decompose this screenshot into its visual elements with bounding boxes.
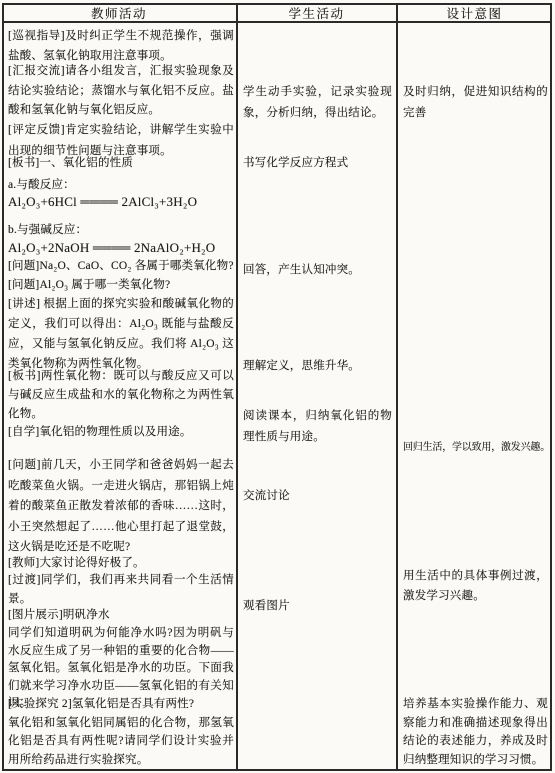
intent-paragraph-life-example: 用生活中的具体事例过渡，激发学习兴趣。 (403, 567, 548, 606)
intent-paragraph-timely-summary: 及时归纳，促进知识结构的完善 (403, 82, 548, 123)
intent-paragraph-cultivate-skills: 培养基本实验操作能力、观察能力和准确描述现象得出结论的表述能力，养成及时归纳整理… (403, 695, 548, 769)
lesson-plan-page: 教师活动 学生活动 设计意图 [巡视指导]及时纠正学生不规范操作，强调盐酸、氢氧… (0, 0, 555, 773)
design-intent-column: 及时归纳，促进知识结构的完善 回归生活，学以致用，激发兴趣。 用生活中的具体事例… (0, 0, 555, 773)
intent-paragraph-back-to-life: 回归生活，学以致用，激发兴趣。 (403, 438, 551, 458)
